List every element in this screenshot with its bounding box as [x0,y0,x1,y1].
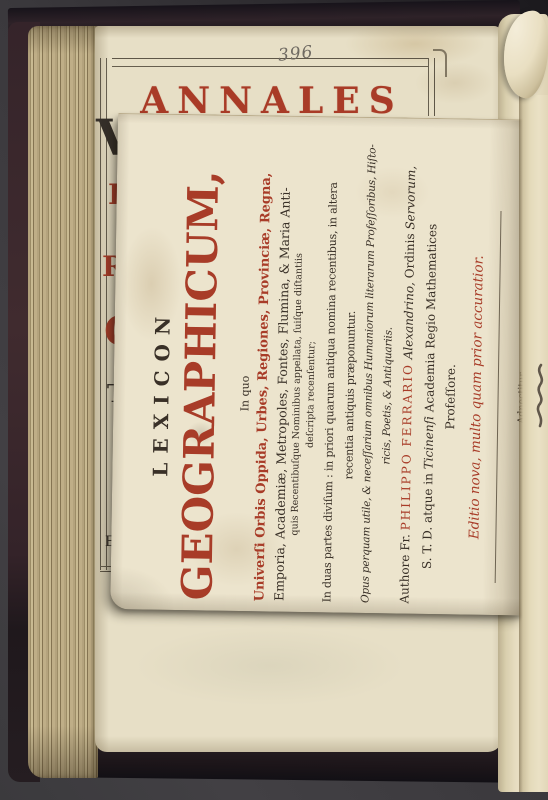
next-page-fold [519,95,548,792]
author-line-2: S. T. D. atque in Ticinenſi Academia Reg… [419,189,440,604]
author-order-label: Ordinis [402,230,417,283]
lexicon-title-page-content: LEXICON GEOGRAPHICUM, In quo Univerſi Or… [110,114,535,615]
handwritten-folio-number: 396 [277,42,314,66]
opus-line-2: ricis, Poetis, & Antiquariis. [378,188,397,603]
ink-flourish-mark [533,363,548,429]
edition-note: Editio nova, multo quam prior accuratior… [466,190,488,605]
author-line2-c: Academia Regio Mathematices [422,224,439,416]
subtitle-small-line-2: deſcripta recenſentur; [303,187,320,602]
opus-line-1: Opus perquam utile, & neceſſarium omnibu… [359,188,378,603]
author-line2-a: S. T. D. atque in [419,469,435,569]
author-line2-b: Ticinenſi [421,416,436,469]
separator-rule [494,212,501,584]
main-title: GEOGRAPHICUM, [174,185,227,601]
series-title: LEXICON [146,185,177,600]
author-line-1: Authore Fr. PHILIPPO FERRARIO Alexandrin… [397,188,418,603]
lexicon-title-leaf: LEXICON GEOGRAPHICUM, In quo Univerſi Or… [110,113,535,615]
book-photograph: 396 ANNALES V P R C T Ex LEXICON GEOGRAP… [0,0,548,800]
author-line-3: Profeſſore. [440,189,461,604]
author-name: PHILIPPO FERRARIO [398,363,415,530]
author-order-name: Servorum, [403,166,418,230]
division-line-2: recentia antiquis præponuntur. [340,188,360,603]
author-prefix: Authore Fr. [397,530,412,603]
page-stack-fore-edge [28,26,98,778]
border-rule-top [112,58,428,67]
author-origin: Alexandrino, [401,282,416,363]
in-quo-line: In quo [236,186,255,601]
division-line-1: In duas partes diviſum : in priori quaru… [320,187,340,602]
border-corner-ornament [433,49,447,77]
